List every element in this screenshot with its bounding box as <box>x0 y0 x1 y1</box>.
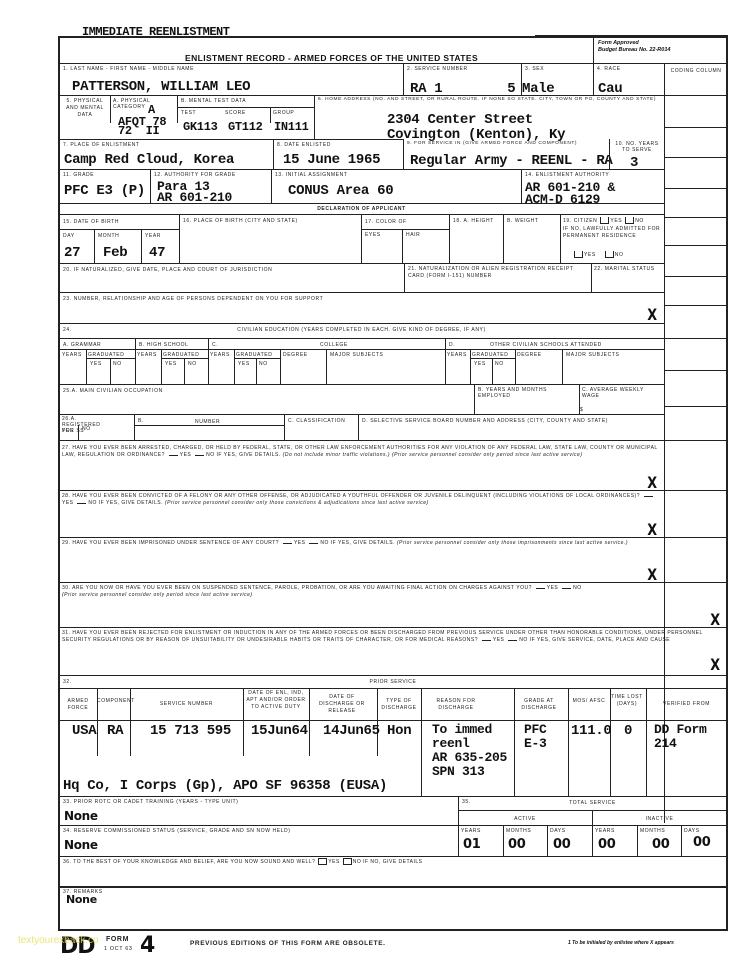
active-months-value[interactable]: 00 <box>508 837 526 852</box>
q29-note: (Prior service personnel consider only t… <box>397 540 628 546</box>
sex-label: 3. SEX <box>525 66 544 72</box>
sound-and-well-question: 36. TO THE BEST OF YOUR KNOWLEDGE AND BE… <box>63 858 663 866</box>
high-school-label: b. HIGH SCHOOL <box>139 342 189 348</box>
dob-label: 15. DATE OF BIRTH <box>63 219 119 225</box>
q29-yes-checkbox[interactable] <box>283 543 292 544</box>
header-armed-force: ARMED FORCE <box>59 698 97 712</box>
form-number: 4 <box>140 933 155 958</box>
sound-well-no-checkbox[interactable] <box>343 858 352 865</box>
admitted-yes-checkbox[interactable] <box>574 251 583 258</box>
college-yes-label: YES <box>238 361 250 367</box>
naturalized-label: 20. IF NATURALIZED, GIVE DATE, PLACE AND… <box>63 267 272 273</box>
citizen-yes-checkbox[interactable] <box>600 217 609 224</box>
test-value[interactable]: GK113 <box>183 120 218 134</box>
q30-yes-label: YES <box>547 585 559 591</box>
header-type-discharge: TYPE OF DISCHARGE <box>377 698 421 712</box>
q27-tail: IF YES, GIVE DETAILS. <box>217 452 281 458</box>
q27-yes-checkbox[interactable] <box>169 455 178 456</box>
dob-month[interactable]: Feb <box>103 245 127 261</box>
cell-reason-discharge[interactable]: To immed reenl AR 635-205 SPN 313 <box>432 723 507 779</box>
obsolete-notice: PREVIOUS EDITIONS OF THIS FORM ARE OBSOL… <box>190 941 386 947</box>
declaration-heading: DECLARATION OF APPLICANT <box>59 206 664 212</box>
citizen-no-label: NO <box>635 218 644 224</box>
eyes-label: EYES <box>365 232 381 238</box>
sound-well-tail: IF NO, GIVE DETAILS <box>363 859 422 865</box>
approval-line-1: Form Approved <box>598 40 670 47</box>
cell-verified-from[interactable]: DD Form 214 <box>654 723 707 751</box>
reserve-status-value[interactable]: None <box>64 838 98 852</box>
hs-no-label: NO <box>188 361 197 367</box>
other-d-label: d. <box>449 342 455 348</box>
dependents-label: 23. NUMBER, RELATIONSHIP AND AGE OF PERS… <box>63 296 323 302</box>
q31-tail: IF YES, GIVE SERVICE, DATE, PLACE AND CA… <box>530 637 670 643</box>
classification-label: c. CLASSIFICATION <box>288 418 345 424</box>
cell-time-lost[interactable]: 0 <box>624 723 632 739</box>
form-approval: Form Approved Budget Bureau No. 22-R014 <box>598 40 670 54</box>
cell-type-discharge[interactable]: Hon <box>387 723 411 739</box>
mental-test-label: B. MENTAL TEST DATA <box>181 98 246 104</box>
sound-well-no-label: NO <box>353 859 362 865</box>
q28-no-checkbox[interactable] <box>77 503 86 504</box>
service-number-label: 2. SERVICE NUMBER <box>407 66 468 72</box>
inactive-days-label: DAYS <box>684 828 700 834</box>
ss-yes-label: YES <box>62 428 74 434</box>
other-yes-label: YES <box>474 361 486 367</box>
q27-yes-label: YES <box>180 452 192 458</box>
ss-board-label: d. SELECTIVE SERVICE BOARD NUMBER AND AD… <box>362 418 608 424</box>
sound-well-yes-checkbox[interactable] <box>318 858 327 865</box>
q31-no-label: NO <box>519 637 528 643</box>
q30-no-checkbox[interactable] <box>562 588 571 589</box>
header-time-lost: TIME LOST (Days) <box>610 694 644 708</box>
other-major-label: MAJOR SUBJECTS <box>566 352 619 358</box>
active-label: ACTIVE <box>458 816 592 822</box>
grammar-yes-label: YES <box>90 361 102 367</box>
wage-dollar: $ <box>580 407 583 413</box>
hs-yes-label: YES <box>165 361 177 367</box>
afqt-sub-value[interactable]: 72 II <box>118 124 159 138</box>
month-label: MONTH <box>98 233 119 239</box>
question-27: 27. HAVE YOU EVER BEEN ARRESTED, CHARGED… <box>62 445 662 459</box>
college-label: COLLEGE <box>320 342 348 348</box>
q30-no-label: NO <box>573 585 582 591</box>
physical-mental-label: 5. PHYSICAL AND MENTAL DATA <box>60 98 110 119</box>
form-date: 1 OCT 63 <box>104 946 133 952</box>
date-enlisted-value[interactable]: 15 June 1965 <box>283 152 380 168</box>
grammar-years-label: YEARS <box>62 352 82 358</box>
cell-mos-afsc[interactable]: 111.0 <box>571 723 612 739</box>
active-months-label: MONTHS <box>506 828 531 834</box>
dob-day[interactable]: 27 <box>64 245 80 261</box>
form-title: ENLISTMENT RECORD - ARMED FORCES OF THE … <box>185 53 478 63</box>
score-col-label: SCORE <box>225 110 246 116</box>
q31-initial-mark: X <box>710 655 720 674</box>
rotc-value[interactable]: None <box>64 809 98 823</box>
q29-number: 29. <box>62 540 70 546</box>
active-years-value[interactable]: 01 <box>463 837 481 852</box>
cell-component[interactable]: RA <box>107 723 123 739</box>
q28-yes-label: YES <box>62 500 74 506</box>
citizen-no-checkbox[interactable] <box>625 217 634 224</box>
group-value[interactable]: IN111 <box>274 120 309 134</box>
inactive-years-value[interactable]: 00 <box>598 837 616 852</box>
approval-line-2: Budget Bureau No. 22-R014 <box>598 47 670 54</box>
years-employed-label: b. YEARS AND MONTHS EMPLOYED <box>478 387 558 399</box>
form-label: FORM <box>106 937 129 943</box>
service-in-label: 9. FOR SERVICE IN (Give Armed Force and … <box>407 141 577 147</box>
sound-well-text: 36. TO THE BEST OF YOUR KNOWLEDGE AND BE… <box>63 859 315 865</box>
weight-label: B. WEIGHT <box>507 218 539 224</box>
citizen-field: 19. CITIZEN YES NO <box>563 217 644 224</box>
physical-category-label: A. PHYSICAL CATEGORY <box>113 98 178 110</box>
q27-note: (Do not include minor traffic violations… <box>283 452 583 458</box>
cell-armed-force[interactable]: USA <box>72 723 96 739</box>
dob-year[interactable]: 47 <box>149 245 165 261</box>
home-address-label: 6. HOME ADDRESS (No. and street, or rura… <box>318 97 663 103</box>
grade-label: 11. GRADE <box>63 172 94 178</box>
cell-date-enl[interactable]: 15Jun64 <box>251 723 308 739</box>
q28-note: (Prior service personnel consider only t… <box>165 500 429 506</box>
prior-service-heading: PRIOR SERVICE <box>59 679 727 685</box>
active-days-label: DAYS <box>550 828 566 834</box>
q30-note: (Prior service personnel consider only p… <box>62 592 253 598</box>
q27-no-label: NO <box>206 452 215 458</box>
q27-number: 27. <box>62 445 70 451</box>
dependents-initial-mark: X <box>647 305 657 324</box>
enlistment-authority-label: 14. ENLISTMENT AUTHORITY <box>525 172 609 178</box>
q31-number: 31. <box>62 630 70 636</box>
other-degree-label: DEGREE <box>517 352 542 358</box>
date-enlisted-label: 8. DATE ENLISTED <box>277 142 331 148</box>
q29-no-checkbox[interactable] <box>309 543 318 544</box>
cell-date-discharge[interactable]: 14Jun65 <box>323 723 380 739</box>
color-of-label: 17. COLOR OF <box>365 219 407 225</box>
q28-text: HAVE YOU EVER BEEN CONVICTED OF A FELONY… <box>72 493 640 499</box>
question-29: 29. HAVE YOU EVER BEEN IMPRISONED UNDER … <box>62 540 662 547</box>
inactive-months-label: MONTHS <box>640 828 665 834</box>
place-enlistment-label: 7. PLACE OF ENLISTMENT <box>63 142 140 148</box>
q30-text: ARE YOU NOW OR HAVE YOU EVER BEEN ON SUS… <box>72 585 532 591</box>
footnote: 1 To be initialed by enlistee where X ap… <box>568 940 674 946</box>
ss-b-label: b. <box>138 418 144 424</box>
college-major-label: MAJOR SUBJECTS <box>330 352 383 358</box>
q29-yes-label: YES <box>294 540 306 546</box>
hs-years-label: YEARS <box>137 352 157 358</box>
active-days-value[interactable]: 00 <box>553 837 571 852</box>
alien-registration-label: 21. NATURALIZATION OR ALIEN REGISTRATION… <box>408 266 588 280</box>
admitted-no-label: NO <box>615 252 624 258</box>
place-enlistment-value[interactable]: Camp Red Cloud, Korea <box>64 152 234 168</box>
initial-assignment-label: 13. INITIAL ASSIGNMENT <box>275 172 347 178</box>
question-31: 31. HAVE YOU EVER BEEN REJECTED FOR ENLI… <box>62 630 724 644</box>
civilian-education-heading: CIVILIAN EDUCATION (Years completed in e… <box>59 327 664 333</box>
hair-label: HAIR <box>406 232 420 238</box>
cell-service-number[interactable]: 15 713 595 <box>150 723 231 739</box>
total-service-heading: TOTAL SERVICE <box>458 800 727 806</box>
college-years-label: YEARS <box>210 352 230 358</box>
grammar-label: a. GRAMMAR <box>63 342 101 348</box>
cell-grade-discharge[interactable]: PFC E-3 <box>524 723 547 751</box>
score-value[interactable]: GT112 <box>228 120 263 134</box>
years-to-serve-label: 10. NO. YEARS TO SERVE <box>611 141 663 153</box>
race-label: 4. RACE <box>597 66 621 72</box>
q31-no-checkbox[interactable] <box>508 640 517 641</box>
inactive-months-value[interactable]: 00 <box>652 837 670 852</box>
address-line-1[interactable]: 2304 Center Street <box>387 112 533 128</box>
initial-assignment-value[interactable]: CONUS Area 60 <box>288 183 393 199</box>
inactive-label: INACTIVE <box>592 816 727 822</box>
q31-yes-label: YES <box>493 637 505 643</box>
active-years-label: YEARS <box>461 828 481 834</box>
q28-yes-checkbox[interactable] <box>644 496 653 497</box>
main-occupation-label: 25.a. MAIN CIVILIAN OCCUPATION <box>63 388 163 394</box>
remarks-value[interactable]: None <box>66 893 97 906</box>
watermark: textyourexback.co <box>18 935 99 946</box>
header-date-discharge: DATE OF DISCHARGE OR RELEASE <box>311 694 373 715</box>
marital-status-label: 22. MARITAL STATUS <box>594 266 655 272</box>
q28-number: 28. <box>62 493 70 499</box>
q29-text: HAVE YOU EVER BEEN IMPRISONED UNDER SENT… <box>72 540 279 546</box>
test-col-label: TEST <box>181 110 196 116</box>
service-in-value[interactable]: Regular Army - REENL - RA <box>410 153 613 169</box>
header-date-enl: DATE OF ENL, IND, APT AND/OR ORDER TO AC… <box>245 690 307 711</box>
header-mos-afsc: MOS/ AFSC <box>568 698 610 705</box>
header-reason-discharge: REASON FOR DISCHARGE <box>421 698 491 712</box>
inactive-days-value[interactable]: 00 <box>693 835 711 850</box>
q28-tail: IF YES, GIVE DETAILS. <box>99 500 163 506</box>
sound-well-yes-label: YES <box>328 859 340 865</box>
citizen-label: 19. CITIZEN <box>563 218 597 224</box>
question-30: 30. ARE YOU NOW OR HAVE YOU EVER BEEN ON… <box>62 585 724 599</box>
group-col-label: GROUP <box>273 110 294 116</box>
year-label: YEAR <box>145 233 161 239</box>
lawfully-admitted-label: IF NO, LAWFULLY ADMITTED FOR PERMANENT R… <box>563 226 661 240</box>
header-component: COMPONENT <box>97 698 130 705</box>
other-schools-label: OTHER CIVILIAN SCHOOLS ATTENDED <box>490 342 602 348</box>
admitted-checkboxes: YES NO <box>573 251 623 258</box>
college-degree-label: DEGREE <box>283 352 308 358</box>
inactive-years-label: YEARS <box>595 828 615 834</box>
header-grade-discharge: GRADE AT DISCHARGE <box>514 698 564 712</box>
prior-service-table: ARMED FORCE COMPONENT SERVICE NUMBER DAT… <box>59 688 727 796</box>
question-28: 28. HAVE YOU EVER BEEN CONVICTED OF A FE… <box>62 493 662 507</box>
citizen-yes-label: YES <box>610 218 622 224</box>
college-no-label: NO <box>259 361 268 367</box>
q27-no-checkbox[interactable] <box>195 455 204 456</box>
day-label: DAY <box>63 233 75 239</box>
header-service-number: SERVICE NUMBER <box>130 701 243 707</box>
coding-column-label: CODING COLUMN <box>668 67 724 75</box>
cell-unit[interactable]: Hq Co, I Corps (Gp), APO SF 96358 (EUSA) <box>63 778 387 794</box>
place-of-birth-label: 16. PLACE OF BIRTH (City and State) <box>183 218 298 224</box>
reserve-status-label: 34. RESERVE COMMISSIONED STATUS (Service… <box>63 828 291 834</box>
grade-value[interactable]: PFC E3 (P) <box>64 183 145 199</box>
college-c-label: c. <box>212 342 218 348</box>
grammar-no-label: NO <box>113 361 122 367</box>
q30-number: 30. <box>62 585 70 591</box>
last-name-label: 1. LAST NAME - FIRST NAME - MIDDLE NAME <box>63 66 194 72</box>
q31-yes-checkbox[interactable] <box>482 640 491 641</box>
admitted-no-checkbox[interactable] <box>605 251 614 258</box>
q29-no-label: NO <box>320 540 329 546</box>
name-value[interactable]: PATTERSON, WILLIAM LEO <box>72 79 250 95</box>
enlistment-authority-line2[interactable]: ACM-D 6129 <box>525 192 600 207</box>
q30-yes-checkbox[interactable] <box>536 588 545 589</box>
other-years-label: YEARS <box>447 352 467 358</box>
q29-tail: IF YES, GIVE DETAILS. <box>331 540 395 546</box>
admitted-yes-label: YES <box>584 252 596 258</box>
authority-grade-label: 12. AUTHORITY FOR GRADE <box>154 172 236 178</box>
ss-no-label: NO <box>82 426 91 432</box>
rotc-label: 33. PRIOR ROTC OR CADET TRAINING (Years … <box>63 799 238 805</box>
other-no-label: NO <box>495 361 504 367</box>
height-label: 18. A. HEIGHT <box>453 218 494 224</box>
q28-no-label: NO <box>88 500 97 506</box>
weekly-wage-label: c. AVERAGE WEEKLY WAGE <box>582 387 662 399</box>
header-verified-from: VERIFIED FROM <box>646 701 727 707</box>
